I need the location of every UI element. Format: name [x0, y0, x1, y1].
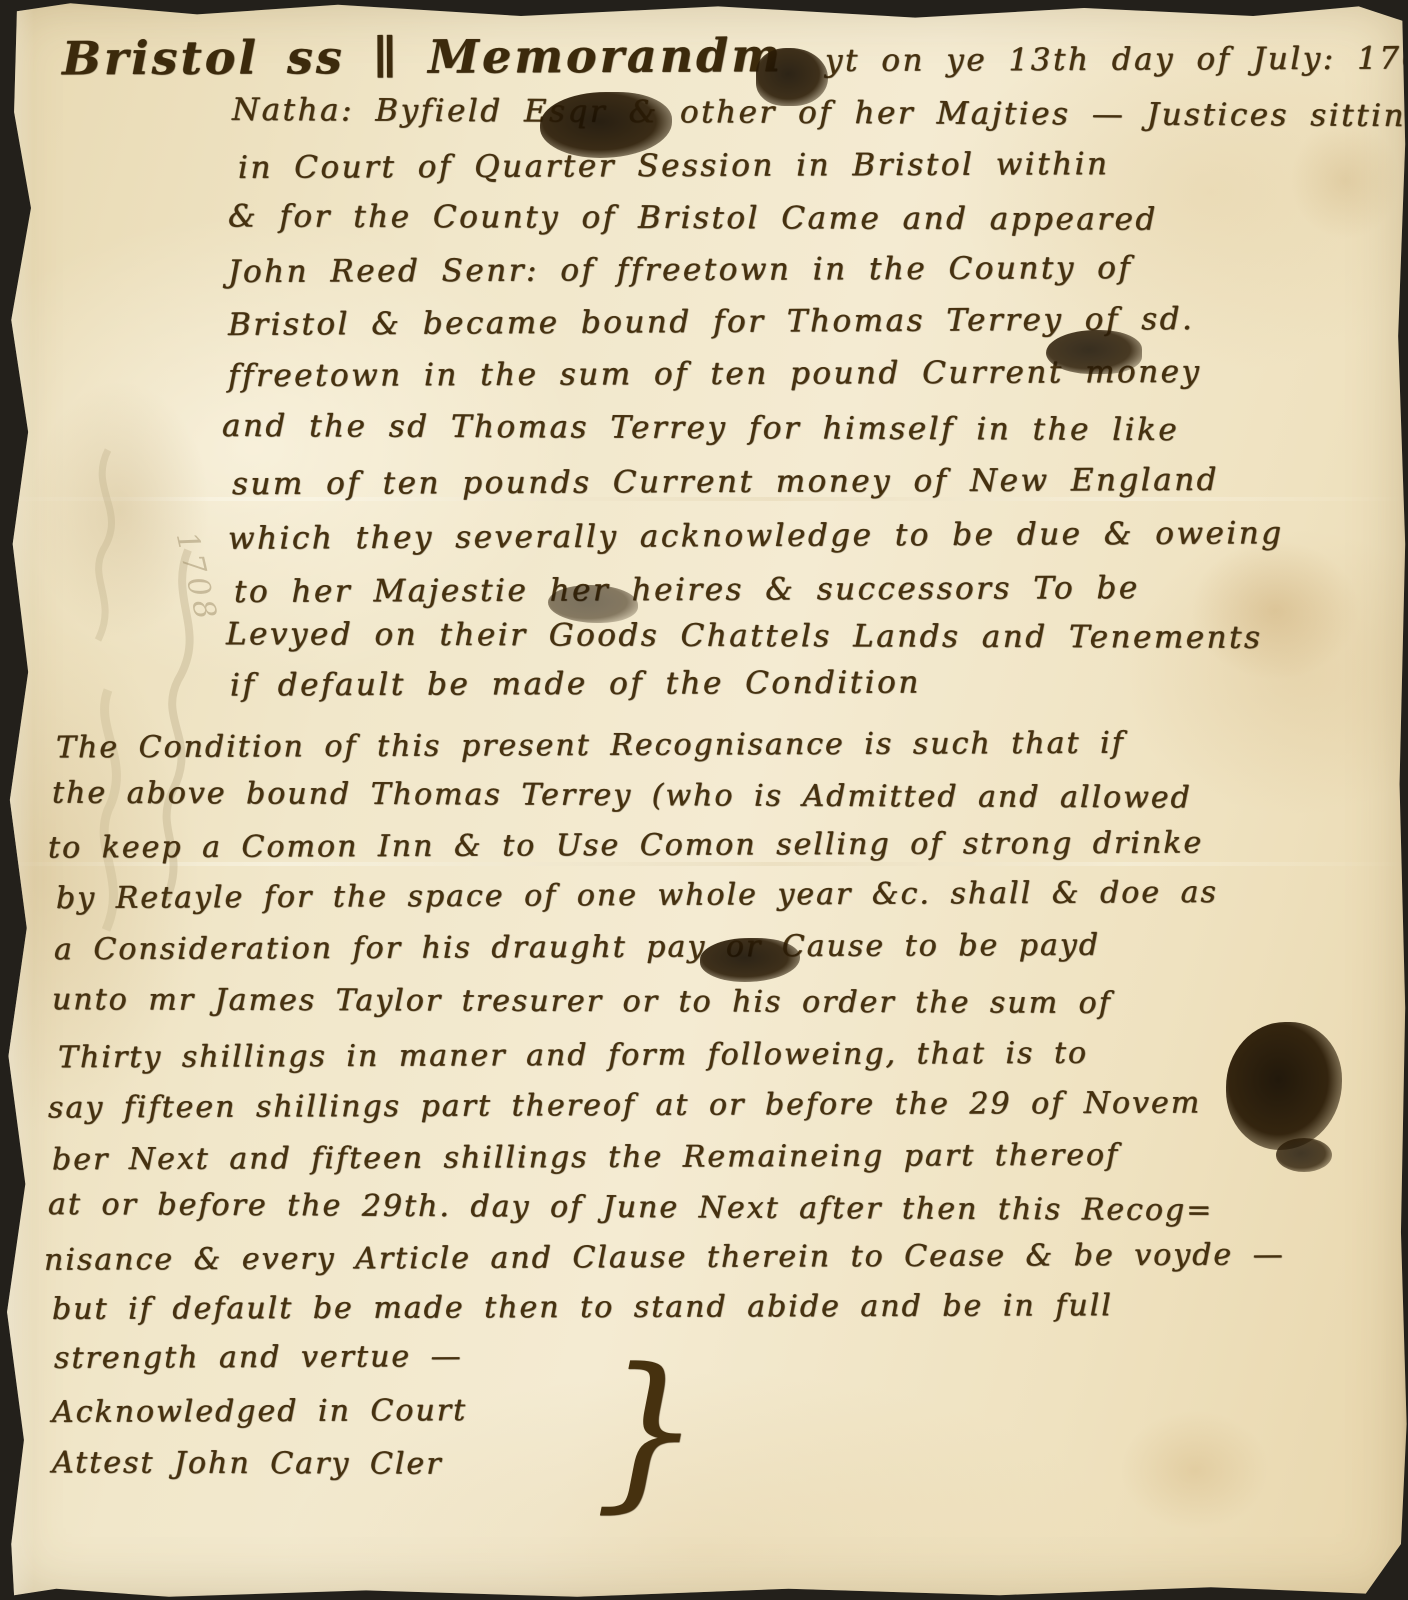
heading-place-and-memorandum: Bristol ss ∥ Memorandm [62, 28, 783, 85]
ink-blot [1226, 1022, 1342, 1150]
doc-line: a Consideration for his draught pay or C… [54, 928, 1100, 968]
doc-line: which they severally acknowledge to be d… [228, 515, 1284, 557]
heading-date: yt on ye 13th day of July: 1708 before [825, 40, 1408, 79]
doc-line: in Court of Quarter Session in Bristol w… [238, 146, 1110, 186]
doc-line: John Reed Senr: of ffreetown in the Coun… [228, 250, 1132, 290]
doc-line: nisance & every Article and Clause there… [44, 1237, 1285, 1277]
doc-line: unto mr James Taylor tresurer or to his … [52, 982, 1112, 1021]
doc-line: by Retayle for the space of one whole ye… [56, 875, 1218, 916]
doc-line: if default be made of the Condition [230, 664, 921, 703]
doc-line: Acknowledged in Court [52, 1393, 467, 1430]
doc-line: the above bound Thomas Terrey (who is Ad… [52, 776, 1192, 816]
doc-line: strength and vertue — [54, 1339, 463, 1376]
doc-line: say fifteen shillings part thereof at or… [48, 1085, 1201, 1125]
paper-stain [1120, 1410, 1270, 1530]
doc-line: to keep a Comon Inn & to Use Comon selli… [48, 825, 1203, 865]
doc-line: & for the County of Bristol Came and app… [228, 198, 1158, 237]
doc-line-heading: Bristol ss ∥ Memorandm yt on ye 13th day… [62, 25, 1408, 86]
doc-line: sum of ten pounds Current money of New E… [232, 462, 1219, 502]
doc-line: Natha: Byfield Esqr & other of her Majti… [232, 92, 1408, 134]
doc-line: Thirty shillings in maner and form follo… [58, 1036, 1088, 1075]
doc-line: Bristol & became bound for Thomas Terrey… [228, 301, 1195, 343]
closing-brace: } [594, 1332, 701, 1528]
doc-line: Attest John Cary Cler [52, 1445, 443, 1481]
doc-line: at or before the 29th. day of June Next … [48, 1187, 1213, 1228]
doc-line: to her Majestie her heires & successors … [234, 570, 1140, 610]
ink-blot [700, 938, 800, 982]
paper-stain [1290, 120, 1400, 240]
doc-line: and the sd Thomas Terrey for himself in … [222, 408, 1179, 448]
doc-line: The Condition of this present Recognisan… [56, 726, 1125, 766]
paper-stain [1190, 540, 1360, 680]
doc-line: but if default be made then to stand abi… [52, 1288, 1113, 1327]
torn-edge-fibers [0, 0, 34, 1600]
ink-blot [756, 48, 828, 106]
ink-blot [1046, 330, 1142, 374]
ink-blot [1276, 1138, 1332, 1172]
doc-line: Levyed on their Goods Chattels Lands and… [226, 616, 1263, 656]
manuscript-page: 1708 Bristol ss ∥ Memorandm yt on ye 13t… [0, 0, 1408, 1600]
doc-line: ber Next and fifteen shillings the Remai… [52, 1138, 1119, 1178]
